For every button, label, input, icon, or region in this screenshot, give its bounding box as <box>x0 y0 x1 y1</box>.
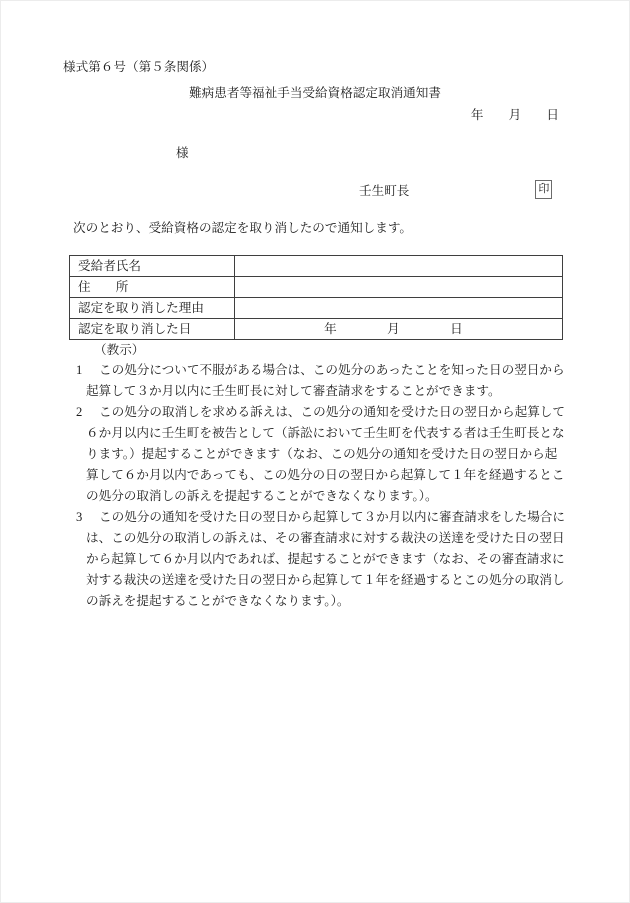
instruction-item-number: 1 <box>76 360 99 381</box>
document-page: 様式第６号（第５条関係） 難病患者等福祉手当受給資格認定取消通知書 年 月 日 … <box>0 0 630 903</box>
addressee-suffix: 様 <box>176 145 629 161</box>
instruction-item-text: この処分の取消しを求める訴えは、この処分の通知を受けた日の翌日から起算して６か月… <box>86 405 565 503</box>
instructions-heading: （教示） <box>94 342 629 358</box>
table-row: 住 所 <box>70 277 563 298</box>
table-row-label: 受給者氏名 <box>70 256 235 277</box>
instruction-item: 3この処分の通知を受けた日の翌日から起算して３か月以内に審査請求をした場合には、… <box>86 507 567 612</box>
form-number: 様式第６号（第５条関係） <box>63 59 629 75</box>
issue-date: 年 月 日 <box>1 107 629 123</box>
table-row-value <box>235 256 563 277</box>
instructions-list: 1この処分について不服がある場合は、この処分のあったことを知った日の翌日から起算… <box>1 360 629 612</box>
page-title: 難病患者等福祉手当受給資格認定取消通知書 <box>1 85 629 101</box>
table-row-label: 認定を取り消した日 <box>70 319 235 340</box>
table-row-label: 認定を取り消した理由 <box>70 298 235 319</box>
instruction-item-text: この処分の通知を受けた日の翌日から起算して３か月以内に審査請求をした場合には、こ… <box>86 510 565 608</box>
table-row: 認定を取り消した理由 <box>70 298 563 319</box>
issuer-line: 壬生町長 印 <box>1 179 629 199</box>
notification-statement: 次のとおり、受給資格の認定を取り消したので通知します。 <box>73 220 629 236</box>
table-row-value <box>235 298 563 319</box>
instruction-item-number: 3 <box>76 507 99 528</box>
table-row: 受給者氏名 <box>70 256 563 277</box>
table-row-value: 年 月 日 <box>235 319 563 340</box>
table-row-label: 住 所 <box>70 277 235 298</box>
instruction-item-text: この処分について不服がある場合は、この処分のあったことを知った日の翌日から起算し… <box>86 363 565 398</box>
issuer-title: 壬生町長 <box>359 180 409 199</box>
recipient-info-table: 受給者氏名 住 所 認定を取り消した理由 認定を取り消した日 年 月 日 <box>69 255 563 340</box>
table-row-value <box>235 277 563 298</box>
table-row: 認定を取り消した日 年 月 日 <box>70 319 563 340</box>
seal-mark-icon: 印 <box>535 180 552 199</box>
instruction-item: 2この処分の取消しを求める訴えは、この処分の通知を受けた日の翌日から起算して６か… <box>86 402 567 507</box>
instruction-item-number: 2 <box>76 402 99 423</box>
instruction-item: 1この処分について不服がある場合は、この処分のあったことを知った日の翌日から起算… <box>86 360 567 402</box>
